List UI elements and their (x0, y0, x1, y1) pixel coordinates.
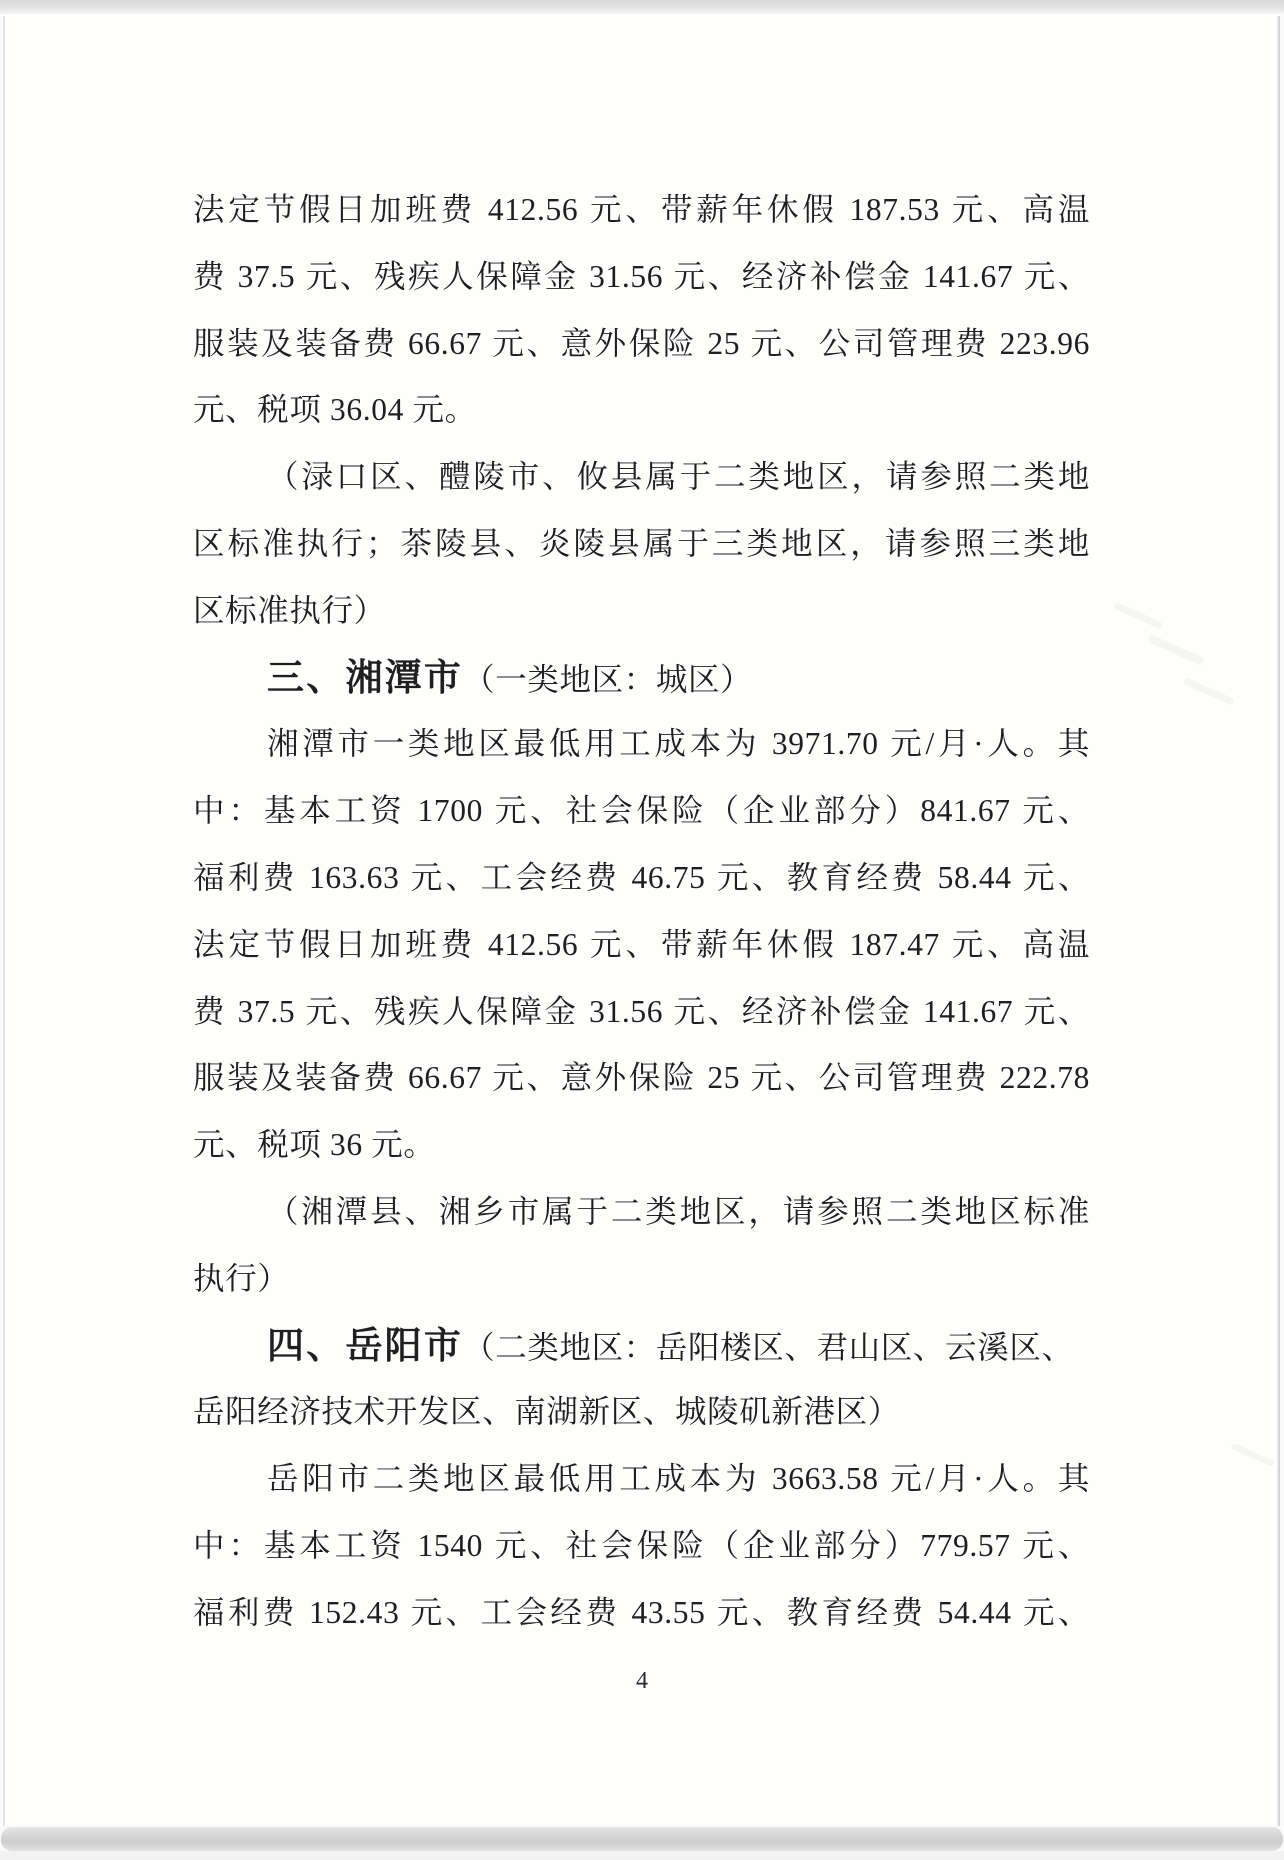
text-line: 法定节假日加班费 412.56 元、带薪年休假 187.53 元、高温 (193, 177, 1090, 244)
text-line: 福利费 163.63 元、工会经费 46.75 元、教育经费 58.44 元、 (193, 845, 1090, 912)
heading-bold-label: 四、岳阳市 (267, 1325, 463, 1366)
text-line: 费 37.5 元、残疾人保障金 31.56 元、经济补偿金 141.67 元、 (193, 244, 1090, 311)
text-line: （湘潭县、湘乡市属于二类地区，请参照二类地区标准 (193, 1179, 1090, 1246)
text-line: 区标准执行；茶陵县、炎陵县属于三类地区，请参照三类地 (193, 511, 1090, 578)
text-line: 福利费 152.43 元、工会经费 43.55 元、教育经费 54.44 元、 (193, 1580, 1090, 1647)
text-line: 中：基本工资 1540 元、社会保险（企业部分）779.57 元、 (193, 1513, 1090, 1580)
page-edge-top (0, 0, 1284, 14)
text-line: 元、税项 36 元。 (193, 1112, 1090, 1179)
text-line: 区标准执行） (193, 578, 1090, 645)
text-line: 岳阳市二类地区最低用工成本为 3663.58 元/月·人。其 (193, 1446, 1090, 1513)
text-line: 元、税项 36.04 元。 (193, 377, 1090, 444)
page-edge-right (1277, 16, 1280, 1826)
text-line: 法定节假日加班费 412.56 元、带薪年休假 187.47 元、高温 (193, 912, 1090, 979)
heading-region-note: （一类地区：城区） (463, 662, 752, 697)
page-edge-bottom (1, 1827, 1283, 1851)
text-line: 湘潭市一类地区最低用工成本为 3971.70 元/月·人。其 (193, 711, 1090, 778)
text-line: 执行） (193, 1246, 1090, 1313)
page-edge-left (3, 16, 5, 1826)
heading-bold-label: 三、湘潭市 (267, 657, 463, 698)
text-line: 服装及装备费 66.67 元、意外保险 25 元、公司管理费 222.78 (193, 1045, 1090, 1112)
text-line: 岳阳经济技术开发区、南湖新区、城陵矶新港区） (193, 1379, 1090, 1446)
page-edge-bottom-fill (0, 1851, 1284, 1860)
section-heading-yueyang: 四、岳阳市（二类地区：岳阳楼区、君山区、云溪区、 (193, 1313, 1090, 1380)
text-line: 费 37.5 元、残疾人保障金 31.56 元、经济补偿金 141.67 元、 (193, 979, 1090, 1046)
text-line: 中：基本工资 1700 元、社会保险（企业部分）841.67 元、 (193, 778, 1090, 845)
text-line: （渌口区、醴陵市、攸县属于二类地区，请参照二类地 (193, 444, 1090, 511)
document-text: 法定节假日加班费 412.56 元、带薪年休假 187.53 元、高温 费 37… (193, 177, 1090, 1647)
page-number: 4 (0, 1668, 1284, 1695)
heading-region-note: （二类地区：岳阳楼区、君山区、云溪区、 (463, 1330, 1073, 1365)
text-line: 服装及装备费 66.67 元、意外保险 25 元、公司管理费 223.96 (193, 311, 1090, 378)
section-heading-xiangtan: 三、湘潭市（一类地区：城区） (193, 645, 1090, 712)
